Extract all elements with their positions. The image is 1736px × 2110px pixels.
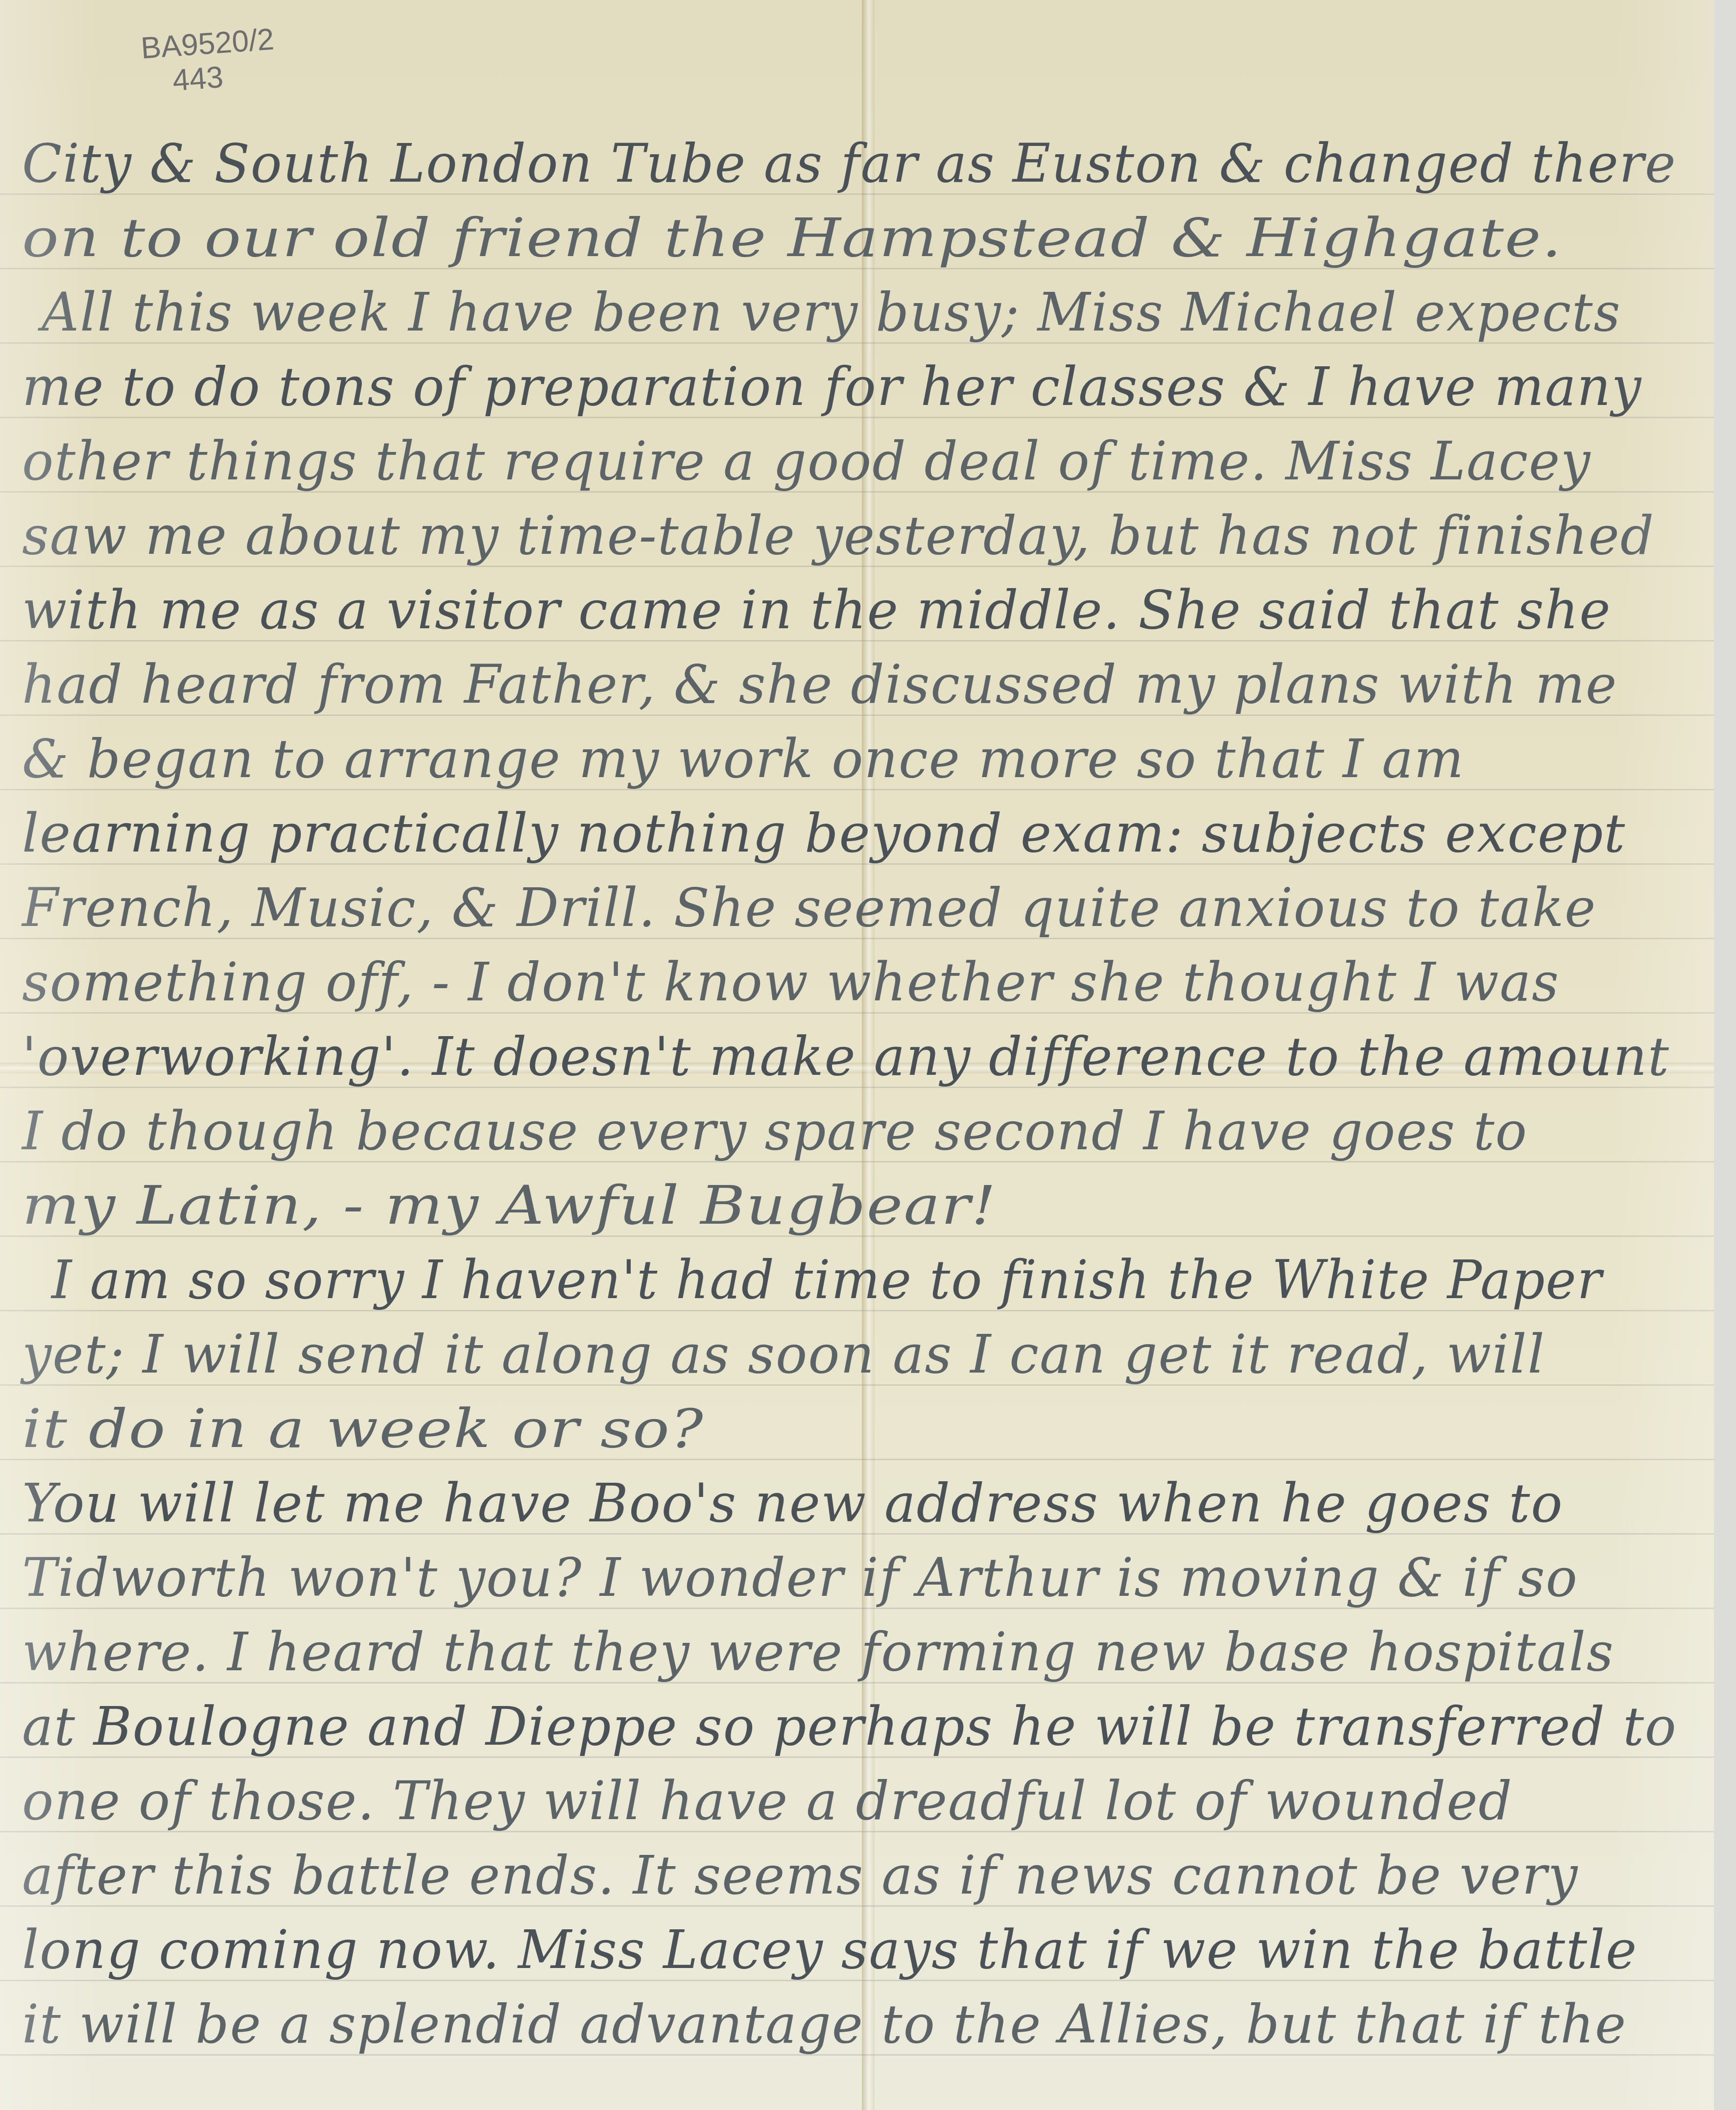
letter-line: something off, - I don't know whether sh… <box>22 951 1677 1015</box>
letter-line: saw me about my time-table yesterday, bu… <box>22 504 1677 568</box>
letter-line: after this battle ends. It seems as if n… <box>22 1844 1677 1908</box>
letter-line: where. I heard that they were forming ne… <box>22 1621 1677 1684</box>
letter-line: Tidworth won't you? I wonder if Arthur i… <box>22 1546 1677 1610</box>
letter-line: on to our old friend the Hampstead & Hig… <box>22 207 1736 270</box>
letter-line: French, Music, & Drill. She seemed quite… <box>22 877 1677 940</box>
letter-line: my Latin, - my Awful Bugbear! <box>22 1174 1736 1238</box>
letter-line: with me as a visitor came in the middle.… <box>22 579 1677 642</box>
letter-line: at Boulogne and Dieppe so perhaps he wil… <box>22 1695 1670 1759</box>
letter-line: & began to arrange my work once more so … <box>22 728 1677 791</box>
letter-line: it do in a week or so? <box>22 1398 1736 1461</box>
letter-line: I am so sorry I haven't had time to fini… <box>51 1249 1678 1312</box>
letter-line: long coming now. Miss Lacey says that if… <box>22 1919 1677 1982</box>
letter-line: yet; I will send it along as soon as I c… <box>22 1323 1677 1387</box>
letter-line: You will let me have Boo's new address w… <box>22 1472 1677 1536</box>
letter-line: I do though because every spare second I… <box>22 1100 1677 1163</box>
letter-line: one of those. They will have a dreadful … <box>22 1770 1677 1833</box>
letter-line: 'overworking'. It doesn't make any diffe… <box>22 1025 1677 1089</box>
letter-line: other things that require a good deal of… <box>22 430 1677 494</box>
letter-line: All this week I have been very busy; Mis… <box>42 281 1678 345</box>
letter-line: City & South London Tube as far as Eusto… <box>22 132 1664 196</box>
letter-line: it will be a splendid advantage to the A… <box>22 1993 1677 2057</box>
letter-line: me to do tons of preparation for her cla… <box>22 356 1677 419</box>
archive-reference: BA9520/2 443 <box>140 23 277 100</box>
letter-line: learning practically nothing beyond exam… <box>22 802 1677 866</box>
letter-line: had heard from Father, & she discussed m… <box>22 653 1677 717</box>
letter-page: BA9520/2 443 City & South London Tube as… <box>0 0 1714 2110</box>
